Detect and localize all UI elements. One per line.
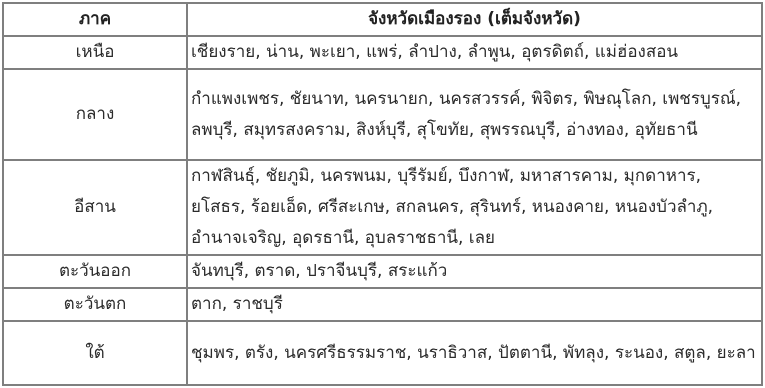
table-row-north: เหนือ เชียงราย, น่าน, พะเยา, แพร่, ลำปาง… [3, 36, 762, 69]
region-cell: อีสาน [3, 160, 187, 255]
table-row-east: ตะวันออก จันทบุรี, ตราด, ปราจีนบุรี, สระ… [3, 255, 762, 288]
region-cell: ตะวันออก [3, 255, 187, 288]
table-header-row: ภาค จังหวัดเมืองรอง (เต็มจังหวัด) [3, 3, 762, 36]
column-header-provinces: จังหวัดเมืองรอง (เต็มจังหวัด) [187, 3, 762, 36]
region-cell: กลาง [3, 69, 187, 160]
table-row-south: ใต้ ชุมพร, ตรัง, นครศรีธรรมราช, นราธิวาส… [3, 321, 762, 385]
region-cell: ตะวันตก [3, 288, 187, 321]
column-header-region: ภาค [3, 3, 187, 36]
table-row-central: กลาง กำแพงเพชร, ชัยนาท, นครนายก, นครสวรร… [3, 69, 762, 160]
region-cell: ใต้ [3, 321, 187, 385]
provinces-cell: เชียงราย, น่าน, พะเยา, แพร่, ลำปาง, ลำพู… [187, 36, 762, 69]
provinces-cell: ชุมพร, ตรัง, นครศรีธรรมราช, นราธิวาส, ปั… [187, 321, 762, 385]
secondary-provinces-table: ภาค จังหวัดเมืองรอง (เต็มจังหวัด) เหนือ … [2, 2, 763, 386]
table-row-northeast: อีสาน กาฬสินธุ์, ชัยภูมิ, นครพนม, บุรีรั… [3, 160, 762, 255]
provinces-cell: กาฬสินธุ์, ชัยภูมิ, นครพนม, บุรีรัมย์, บ… [187, 160, 762, 255]
table-row-west: ตะวันตก ตาก, ราชบุรี [3, 288, 762, 321]
provinces-cell: กำแพงเพชร, ชัยนาท, นครนายก, นครสวรรค์, พ… [187, 69, 762, 160]
provinces-cell: ตาก, ราชบุรี [187, 288, 762, 321]
provinces-cell: จันทบุรี, ตราด, ปราจีนบุรี, สระแก้ว [187, 255, 762, 288]
region-cell: เหนือ [3, 36, 187, 69]
